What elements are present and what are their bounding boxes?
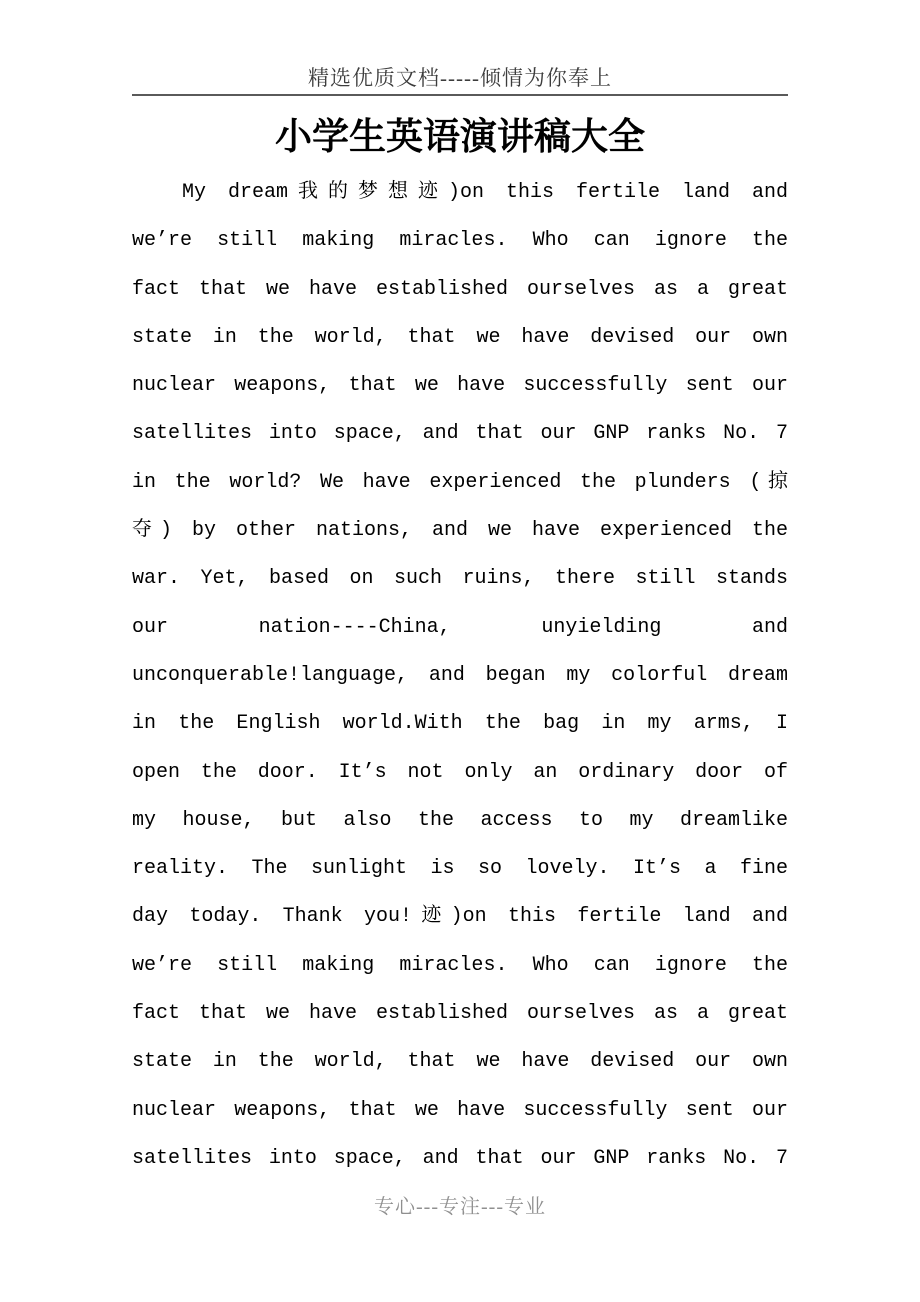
page-title: 小学生英语演讲稿大全 (0, 106, 920, 160)
body-line: our nation----China, unyielding and (132, 604, 788, 652)
body-line: my house, but also the access to my drea… (132, 797, 788, 845)
document-page: 精选优质文档-----倾情为你奉上 小学生英语演讲稿大全 My dream我的梦… (0, 0, 920, 1302)
body-line: we’re still making miracles. Who can ign… (132, 217, 788, 265)
body-line: we’re still making miracles. Who can ign… (132, 942, 788, 990)
header-rule (132, 94, 788, 96)
body-line: fact that we have established ourselves … (132, 266, 788, 314)
body-line: open the door. It’s not only an ordinary… (132, 749, 788, 797)
body-line: nuclear weapons, that we have successful… (132, 362, 788, 410)
body-line: state in the world, that we have devised… (132, 314, 788, 362)
body-line: reality. The sunlight is so lovely. It’s… (132, 845, 788, 893)
header-slogan: 精选优质文档-----倾情为你奉上 (0, 62, 920, 92)
body-line: state in the world, that we have devised… (132, 1038, 788, 1086)
body-line: in the world? We have experienced the pl… (132, 459, 788, 507)
body-line: war. Yet, based on such ruins, there sti… (132, 555, 788, 603)
body-line: satellites into space, and that our GNP … (132, 410, 788, 458)
body-line: day today. Thank you!迹)on this fertile l… (132, 893, 788, 941)
document-body: My dream我的梦想迹)on this fertile land and w… (132, 169, 788, 1183)
body-line: in the English world.With the bag in my … (132, 700, 788, 748)
footer-slogan: 专心---专注---专业 (0, 1190, 920, 1219)
body-line: satellites into space, and that our GNP … (132, 1135, 788, 1183)
body-line: nuclear weapons, that we have successful… (132, 1087, 788, 1135)
body-line: My dream我的梦想迹)on this fertile land and (132, 169, 788, 217)
body-line: unconquerable!language, and began my col… (132, 652, 788, 700)
body-line: fact that we have established ourselves … (132, 990, 788, 1038)
body-line: 夺) by other nations, and we have experie… (132, 507, 788, 555)
